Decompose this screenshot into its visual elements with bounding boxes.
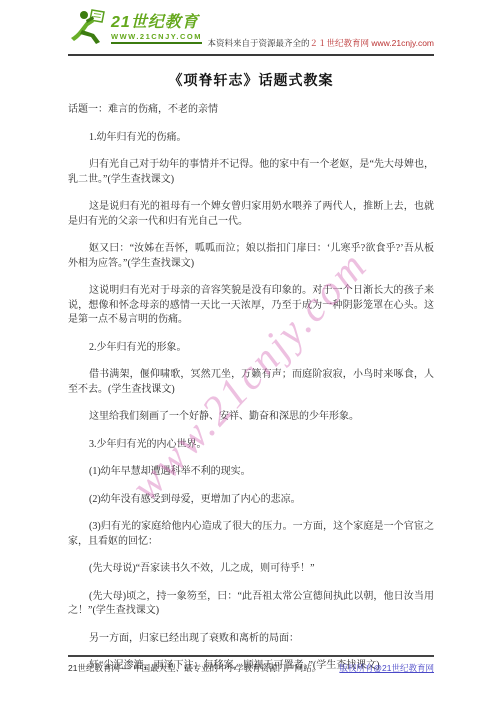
paragraph: 话题一：难言的伤痛，不老的亲情 xyxy=(68,103,434,118)
site-logo[interactable]: 21世纪教育 www.21cnjy.com xyxy=(68,8,202,51)
runner-logo-icon xyxy=(68,8,108,51)
notice-site-link[interactable]: ２１世纪教育网 www.21cnjy.com xyxy=(309,38,434,48)
footer-text: 21世纪教育网 — 中国最大型、最专业的中小学教育资源门户网站。 xyxy=(68,662,320,674)
document-page: 21世纪教育 www.21cnjy.com 本资料来自于资源最齐全的２１世纪教育… xyxy=(0,0,500,707)
logo-url-text: www.21cnjy.com xyxy=(111,33,202,44)
paragraph: (先大母)顷之，持一象笏至，曰：“此吾祖太常公宣德间执此以朝，他日汝当用之！”(… xyxy=(68,590,434,619)
paragraph: 1.幼年归有光的伤痛。 xyxy=(68,131,434,146)
paragraph: 妪又曰：“汝姊在吾怀，呱呱而泣；娘以指扣门扉曰：‘儿寒乎?欲食乎?’吾从板外相为… xyxy=(68,242,434,271)
paragraph: 3.少年归有光的内心世界。 xyxy=(68,438,434,453)
copyright-link[interactable]: 版权所有@21世纪教育网 xyxy=(339,662,434,674)
paragraph: 归有光自己对于幼年的事情并不记得。他的家中有一个老妪，是“先大母婢也，乳二世。”… xyxy=(68,158,434,187)
site-header: 21世纪教育 www.21cnjy.com 本资料来自于资源最齐全的２１世纪教育… xyxy=(68,8,434,56)
paragraph: 这里给我们刻画了一个好静、安祥、勤奋和深思的少年形象。 xyxy=(68,410,434,425)
header-notice: 本资料来自于资源最齐全的２１世纪教育网 www.21cnjy.com xyxy=(207,37,434,51)
paragraph: (2)幼年没有感受到母爱，更增加了内心的悲凉。 xyxy=(68,493,434,508)
logo-brand-text: 21世纪教育 xyxy=(111,15,202,31)
notice-plain-text: 本资料来自于资源最齐全的 xyxy=(207,38,309,48)
paragraph: 这是说归有光的祖母有一个婢女曾归家用奶水喂养了两代人，推断上去，也就是归有光的父… xyxy=(68,200,434,229)
paragraph: (1)幼年早慧却遭遇科举不利的现实。 xyxy=(68,465,434,480)
paragraph: 这说明归有光对于母亲的音容笑貌是没有印象的。对于一个日渐长大的孩子来说，想像和怀… xyxy=(68,284,434,328)
paragraph: 2.少年归有光的形象。 xyxy=(68,341,434,356)
paragraph: (先大母说)“吾家读书久不效，儿之成，则可待乎！” xyxy=(68,562,434,577)
paragraph: 另一方面，归家已经出现了衰败和离析的局面： xyxy=(68,632,434,647)
page-title: 《项脊轩志》话题式教案 xyxy=(68,70,434,90)
document-body: 话题一：难言的伤痛，不老的亲情1.幼年归有光的伤痛。归有光自己对于幼年的事情并不… xyxy=(68,103,434,674)
paragraph: 借书满架，偃仰啸歌，冥然兀坐，万籁有声；而庭阶寂寂，小鸟时来啄食，人至不去。(学… xyxy=(68,368,434,397)
paragraph: (3)归有光的家庭给他内心造成了很大的压力。一方面，这个家庭是一个官宦之家，且看… xyxy=(68,520,434,549)
site-footer: 21世纪教育网 — 中国最大型、最专业的中小学教育资源门户网站。 版权所有@21… xyxy=(68,655,434,674)
